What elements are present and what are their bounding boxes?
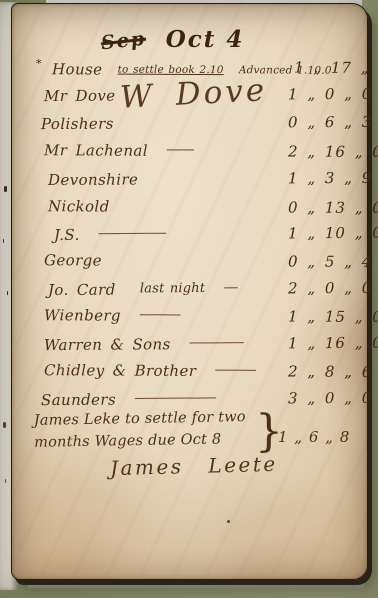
wages-line2: months Wages due Oct 8 — [34, 428, 246, 454]
entry-name: Chidley & Brother — [44, 361, 196, 380]
wages-amount: 1 „ 6 „ 8 — [278, 428, 350, 446]
entry-name: Saunders — [41, 391, 116, 410]
entry-name: Mr Lachenal — [44, 141, 148, 160]
entry-name: Warren & Sons — [44, 335, 171, 354]
entry-name: Wienberg — [44, 306, 121, 324]
entry-amount: 1 „ 16 „ 0 — [288, 334, 378, 353]
entry-dash-line: —— — [166, 140, 193, 158]
entry-amount: 2 „ 8 „ 6 — [288, 362, 372, 380]
entry-amount: 2 „ 0 „ 0 — [288, 279, 372, 298]
asterisk-mark: * — [36, 57, 42, 70]
ledger-entry-row: Warren & Sons ———— 1 „ 16 „ 0 — [36, 334, 359, 360]
ledger-entry-row: Chidley & Brother ——— 2 „ 8 „ 6 — [36, 361, 359, 387]
entry-amount: 0 „ 13 „ 0 — [288, 198, 378, 216]
entry-name: Jo. Card — [48, 281, 116, 299]
entry-amount: 0 „ 5 „ 4 — [288, 252, 372, 270]
entry-amount: 0 „ 6 „ 3 — [288, 113, 372, 132]
wages-entry: James Leke to settle for two months Wage… — [34, 406, 247, 454]
entry-dash-line: ———— — [189, 333, 243, 351]
ledger-entry-row: J.S. ————— 1 „ 10 „ 0 — [36, 224, 359, 250]
entry-amount: 1 „ 3 „ 9 — [288, 169, 372, 188]
entry-name: House — [52, 60, 102, 78]
entry-dash-line: ————— — [98, 223, 166, 241]
entry-amount: 1 „ 15 „ 0 — [288, 307, 378, 325]
entry-amount: 1 „ 17 „ 10 — [294, 59, 378, 78]
entry-dash-line: — — [223, 278, 237, 296]
date-heading: Sep Oct 4 — [12, 26, 367, 53]
entry-note: last night — [140, 281, 205, 296]
heading-date: Oct 4 — [166, 26, 245, 53]
entry-dash-line: ——— — [139, 305, 180, 323]
ledger-entry-row: Wienberg ——— 1 „ 15 „ 0 — [36, 306, 359, 332]
ledger-entry-row: Jo. Card last night — 2 „ 0 „ 0 — [36, 279, 359, 305]
ledger-entry-row: Mr Lachenal —— 2 „ 16 „ 0 — [36, 141, 359, 167]
entry-amount: 2 „ 16 „ 0 — [288, 142, 378, 160]
ledger-entry-row: George 0 „ 5 „ 4 — [36, 251, 359, 277]
entry-dash-line: —————— — [134, 388, 215, 407]
ledger-entry-row: Polishers 0 „ 6 „ 3 — [36, 113, 359, 139]
photo-background: Sep Oct 4 * House to settle book 2.10 Ad… — [0, 0, 378, 598]
ledger-entry-row: Devonshire 1 „ 3 „ 9 — [36, 169, 359, 195]
entry-name: George — [44, 251, 102, 269]
entry-amount: 3 „ 0 „ 0 — [288, 389, 372, 408]
ink-speck — [227, 520, 230, 523]
ink-specks — [4, 186, 7, 192]
entry-name: Mr Dove — [44, 87, 116, 105]
james-leete-signature: James Leete — [110, 452, 278, 480]
entry-name: Polishers — [41, 115, 114, 134]
struck-date: Sep — [100, 28, 147, 55]
dove-signature: W Dove — [119, 72, 268, 116]
entry-dash-line: ——— — [214, 360, 255, 378]
entry-name: J.S. — [54, 226, 80, 244]
entry-amount: 1 „ 10 „ 0 — [288, 224, 378, 243]
entry-name: Devonshire — [48, 170, 138, 189]
entry-amount: 1 „ 0 „ 0 — [288, 85, 372, 104]
ledger-entry-row: Nickold 0 „ 13 „ 0 — [36, 197, 359, 223]
ledger-page: Sep Oct 4 * House to settle book 2.10 Ad… — [11, 3, 368, 580]
entry-name: Nickold — [48, 197, 110, 215]
